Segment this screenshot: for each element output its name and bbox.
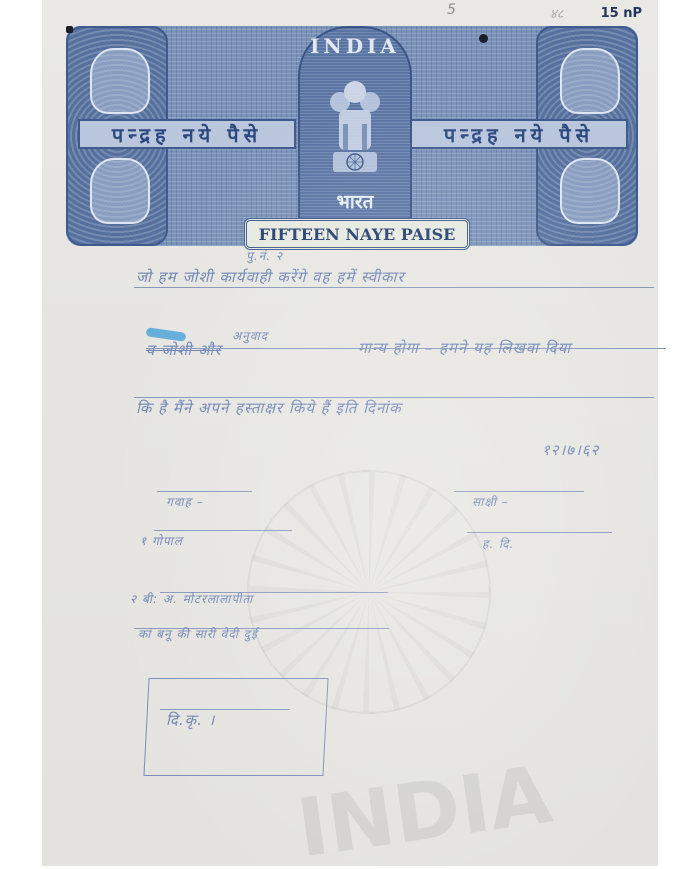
value-tag: 15 nP — [601, 6, 642, 21]
pencil-scribble: ४८ — [550, 4, 564, 22]
witness-2-line-1: २ बी: अ. मोटरलालापीता — [130, 590, 253, 607]
insertion-text: अनुवाद — [232, 327, 268, 344]
revenue-stamp: पन्द्रह नये पैसे पन्द्रह नये पैसे INDIA … — [66, 26, 638, 246]
witness-left-label: गवाह – — [166, 493, 204, 510]
underline — [146, 348, 666, 349]
struck-text: व जोशी और — [146, 340, 221, 360]
country-name-hindi: भारत — [300, 188, 410, 214]
handwritten-line-1: जो हम जोशी कार्यवाही करेंगे वह हमें स्वी… — [136, 267, 405, 287]
signature-line — [467, 532, 612, 533]
watermark-text: INDIA — [292, 748, 557, 869]
witness-2-line-2: कां बनू की सारी वेदी दुई — [138, 625, 258, 642]
signature-box — [143, 678, 328, 776]
handwritten-line-2: मान्य होगा – हमने यह लिखवा दिया — [358, 338, 571, 358]
signature-line — [160, 592, 388, 593]
floral-motif-icon — [560, 48, 620, 114]
ink-dot — [66, 26, 73, 33]
floral-motif-icon — [90, 48, 150, 114]
signature-line — [454, 491, 584, 492]
underline — [134, 287, 654, 288]
ashoka-chakra-watermark — [247, 470, 491, 714]
signature-line — [157, 491, 252, 492]
blue-ink-blot — [146, 327, 187, 341]
ink-dot — [479, 34, 488, 43]
witness-right-label: साक्षी – — [472, 493, 509, 510]
denomination-hindi-left: पन्द्रह नये पैसे — [78, 119, 296, 149]
denomination-hindi-right: पन्द्रह नये पैसे — [410, 119, 628, 149]
handwritten-date: १२।७।६२ — [542, 440, 599, 460]
handwritten-heading: पु.नं. २ — [246, 247, 283, 264]
witness-left-name: १ गोपाल — [140, 532, 183, 549]
signature-line — [134, 628, 389, 629]
floral-motif-icon — [560, 158, 620, 224]
handwritten-line-3: कि है मैंने अपने हस्ताक्षर किये हैं इति … — [136, 398, 402, 418]
denomination-english: FIFTEEN NAYE PAISE — [244, 218, 470, 250]
stamp-left-panel — [66, 26, 168, 246]
stamp-paper-document: INDIA 5 ४८ पन्द्रह नये पैसे पन्द्रह नये … — [42, 0, 658, 866]
pencil-number: 5 — [447, 2, 456, 18]
stamp-guilloche-background — [66, 26, 638, 246]
lion-capital-emblem-icon — [327, 74, 383, 182]
country-name-english: INDIA — [300, 34, 410, 58]
underline — [134, 397, 654, 398]
box-underline — [160, 709, 290, 710]
stamp-center-panel: INDIA भारत — [298, 26, 412, 230]
stamp-right-panel — [536, 26, 638, 246]
floral-motif-icon — [90, 158, 150, 224]
signature-line — [154, 530, 292, 531]
box-text: दि.कृ. । — [166, 710, 215, 730]
witness-right-name: ह. दि. — [482, 535, 514, 552]
